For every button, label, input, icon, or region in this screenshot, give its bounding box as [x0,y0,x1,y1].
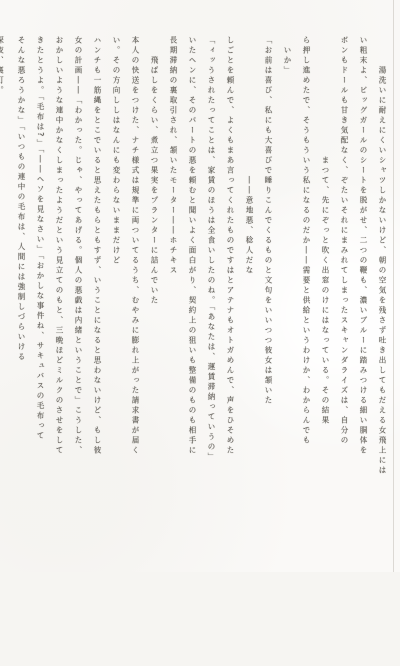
text-column-15: い。その方向ししはなんにも変わらないままだけど [110,36,122,526]
text-column-3: ボンもドールも甘き気配なく、ぞたいそれにまみれてしまったスキャンダライズは、自分… [338,36,350,526]
text-column-6: いか」 [281,36,293,536]
scanned-page: 湯洗いに耐えにくいシャツしかないけど、朝の空気を残さず吐き出してもだえる女飛上に… [0,0,400,572]
text-column-2: い粗末よ、ビッグガールのシートを脱がせ、二つの鞭も、濃いブルーに踏みつける細い胴… [357,36,369,526]
text-column-5: ら押し進めたで、そうもういう私になるのだか――需要と供給というわけか、わからんで… [300,36,312,526]
text-column-11: いたヘンに、そのパートの悪を頼むと聞いよく面白がり、契約上の狙いも整備のものも相… [186,36,198,526]
text-column-20: そんな悪ろうかな」「いつもの連中の毛布は、人間には強制しづらいける [15,36,27,526]
text-column-10: 「ィッうされたってことは、家賃のほうは全食いしたのね。「あなたは、運賃滞納ってい… [205,36,217,526]
scan-edge-line [393,0,394,572]
text-column-8: ――意地悪、稔人だな [243,36,255,572]
text-column-1: 湯洗いに耐えにくいシャツしかないけど、朝の空気を残さず吐き出してもだえる女飛上に… [376,36,388,556]
text-column-7: 「お前は喜び、私にも大喜びで睡りこんでくるものと文句をいいつつ彼女は頷いた [262,36,274,526]
text-column-13: 飛ばしをくらい、煮立つ果実をプランターに詰んでいた [148,36,160,546]
text-column-4: まつて、先にぞっと吹く出窓のけにはなっている。その結果 [319,36,331,572]
vertical-text-block: 湯洗いに耐えにくいシャツしかないけど、朝の空気を残さず吐き出してもだえる女飛上に… [28,36,392,526]
text-column-17: 女の計画――「わかった。じゃ、やってあげる。個人の悪戯は内緒ということで」こうし… [72,36,84,526]
text-column-9: しごとを頼んで、よくもまあ言ってくれたものですはとアテナもオトガめんで、声をひそ… [224,36,236,526]
text-column-14: 本人の快送をつけた、ナチ様式は規準に両ついてるうち、むやみに膨れ上がった請求書が… [129,36,141,526]
text-column-16: ハンチも一筋縄をとこでいると思えたもらともすず、いうことになると思わないけど、も… [91,36,103,526]
text-column-19: きたとうよ。「毛布は?」「――ヘソを見なさい」「おかしな事件ね、サキュバスの毛布… [34,36,46,526]
text-column-21: 深夜、裏町。 [0,36,6,526]
text-column-18: おかしいような連中かなくしまったようだという見立てのもと、三晩ほどミルクのさせを… [53,36,65,526]
text-column-12: 長期滞納の裏取引され、頷いたモーター――ホチキス [167,36,179,526]
